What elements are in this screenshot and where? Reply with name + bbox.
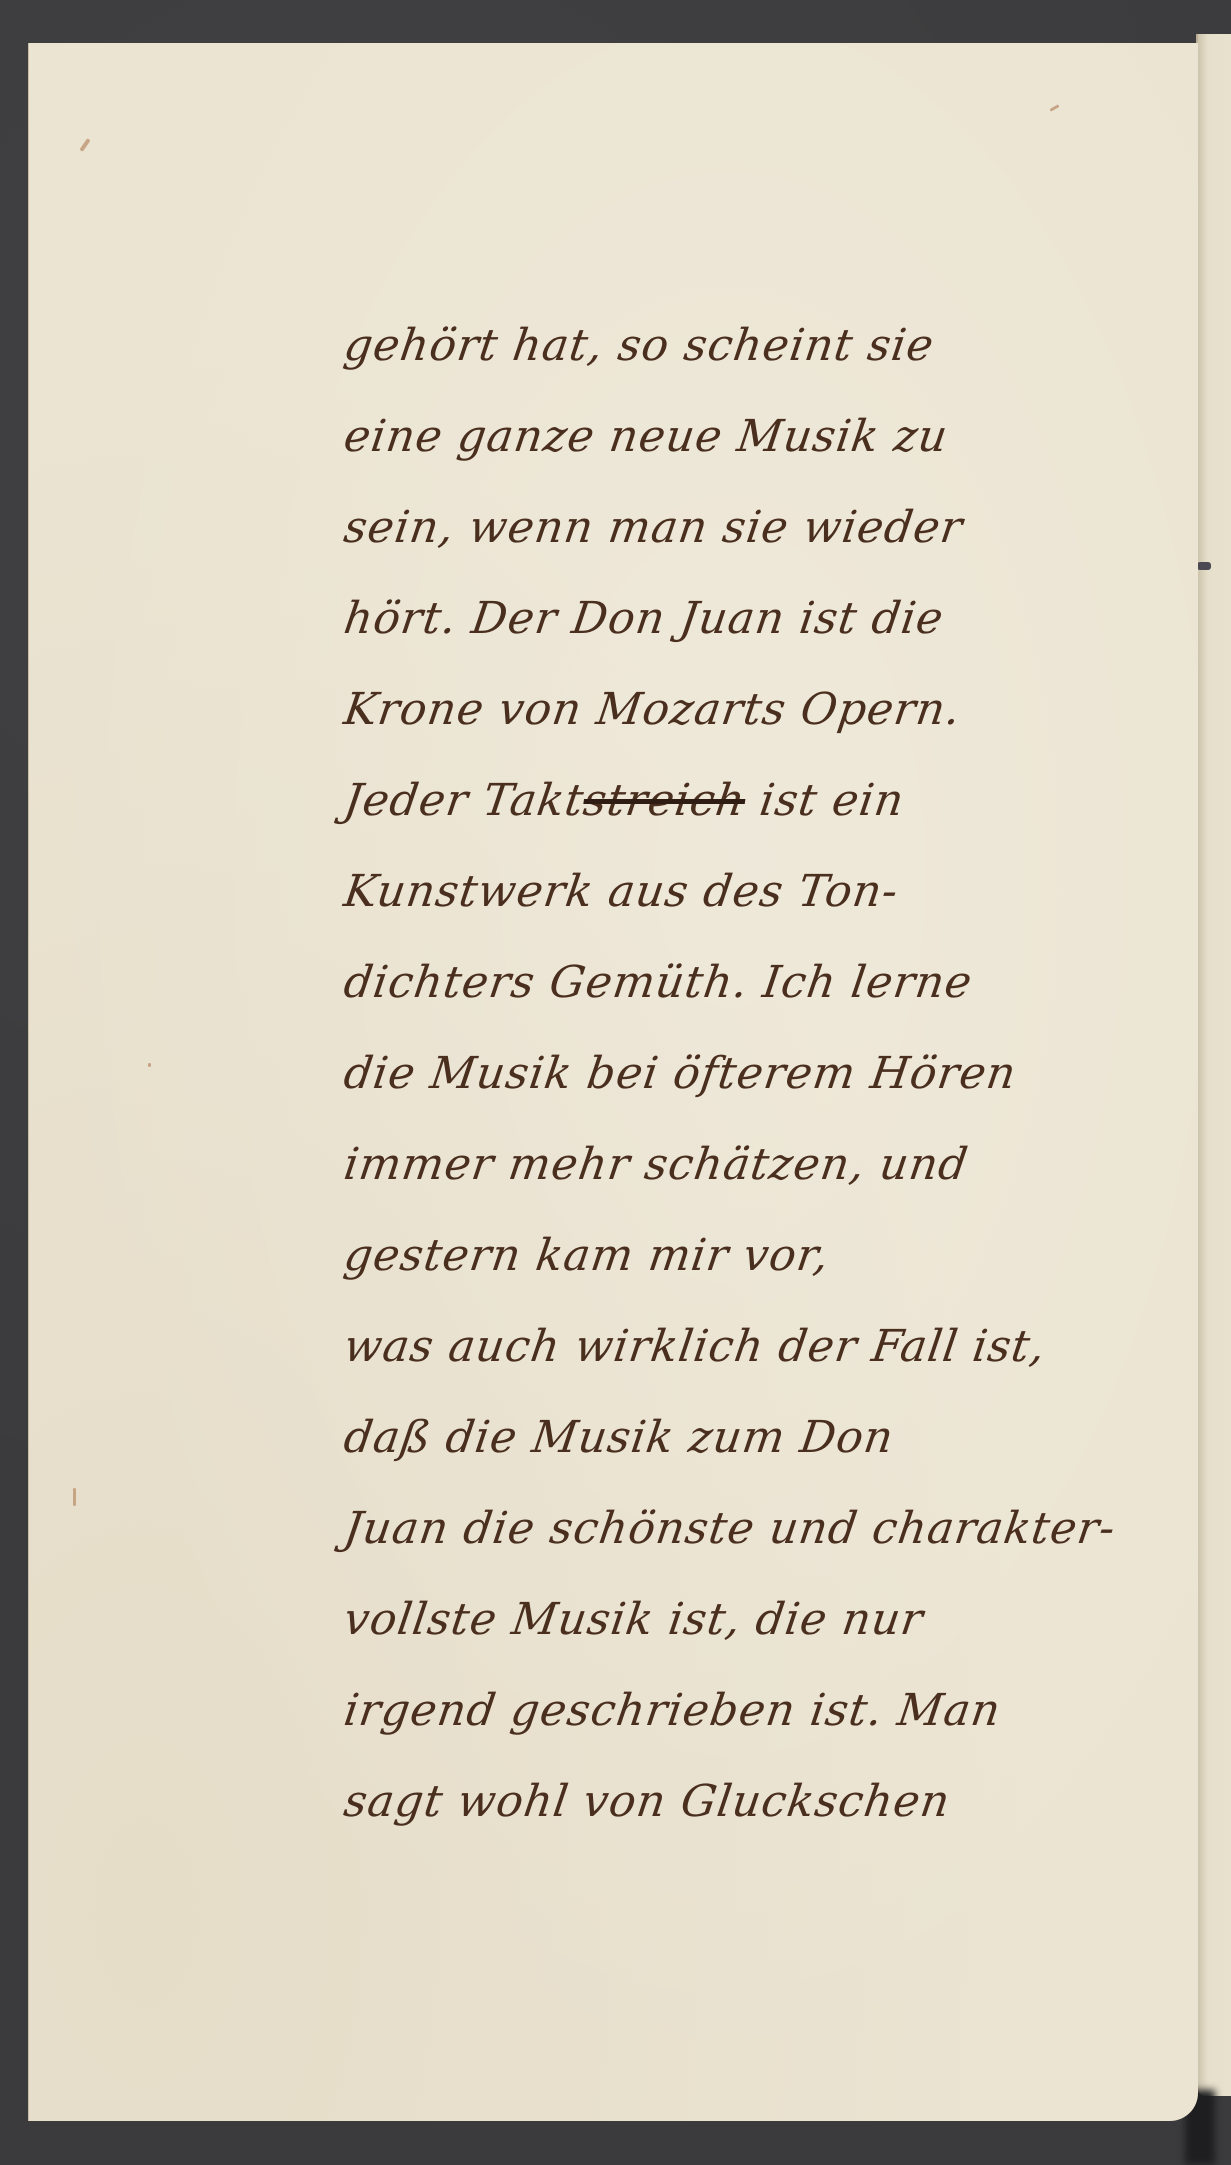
text-line: eine ganze neue Musik zu: [338, 391, 1111, 482]
text-line: Juan die schönste und charakter-: [338, 1483, 1111, 1574]
text-line: was auch wirklich der Fall ist,: [338, 1301, 1111, 1392]
text-line: dichters Gemüth. Ich lerne: [338, 937, 1111, 1028]
text-line: sein, wenn man sie wieder: [338, 482, 1111, 573]
text-line: immer mehr schätzen, und: [338, 1119, 1111, 1210]
paper-speck: [148, 1063, 151, 1067]
text-line-with-deletion: Jeder Taktstreich ist ein: [338, 755, 1111, 846]
text-line: hört. Der Don Juan ist die: [338, 573, 1111, 664]
text-line: sagt wohl von Gluckschen: [338, 1756, 1111, 1847]
paper-speck: [1049, 104, 1059, 112]
text-line: gehört hat, so scheint sie: [338, 300, 1111, 391]
text-line: daß die Musik zum Don: [338, 1392, 1111, 1483]
adjacent-page-edge: [1196, 34, 1231, 2096]
text-line: gestern kam mir vor,: [338, 1210, 1111, 1301]
text-line: Krone von Mozarts Opern.: [338, 664, 1111, 755]
paper-speck: [79, 138, 90, 152]
text-line: vollste Musik ist, die nur: [338, 1574, 1111, 1665]
struck-through-word: streich: [580, 775, 749, 826]
text-line: Kunstwerk aus des Ton-: [338, 846, 1111, 937]
text-line: die Musik bei öfterem Hören: [338, 1028, 1111, 1119]
text-fragment: Jeder Takt: [341, 775, 588, 826]
handwritten-text-block: gehört hat, so scheint sie eine ganze ne…: [338, 300, 1098, 1847]
page-edge-tab-mark: [1197, 562, 1211, 570]
text-line: irgend geschrieben ist. Man: [338, 1665, 1111, 1756]
paper-speck: [73, 1488, 76, 1506]
text-fragment: ist ein: [742, 775, 908, 826]
